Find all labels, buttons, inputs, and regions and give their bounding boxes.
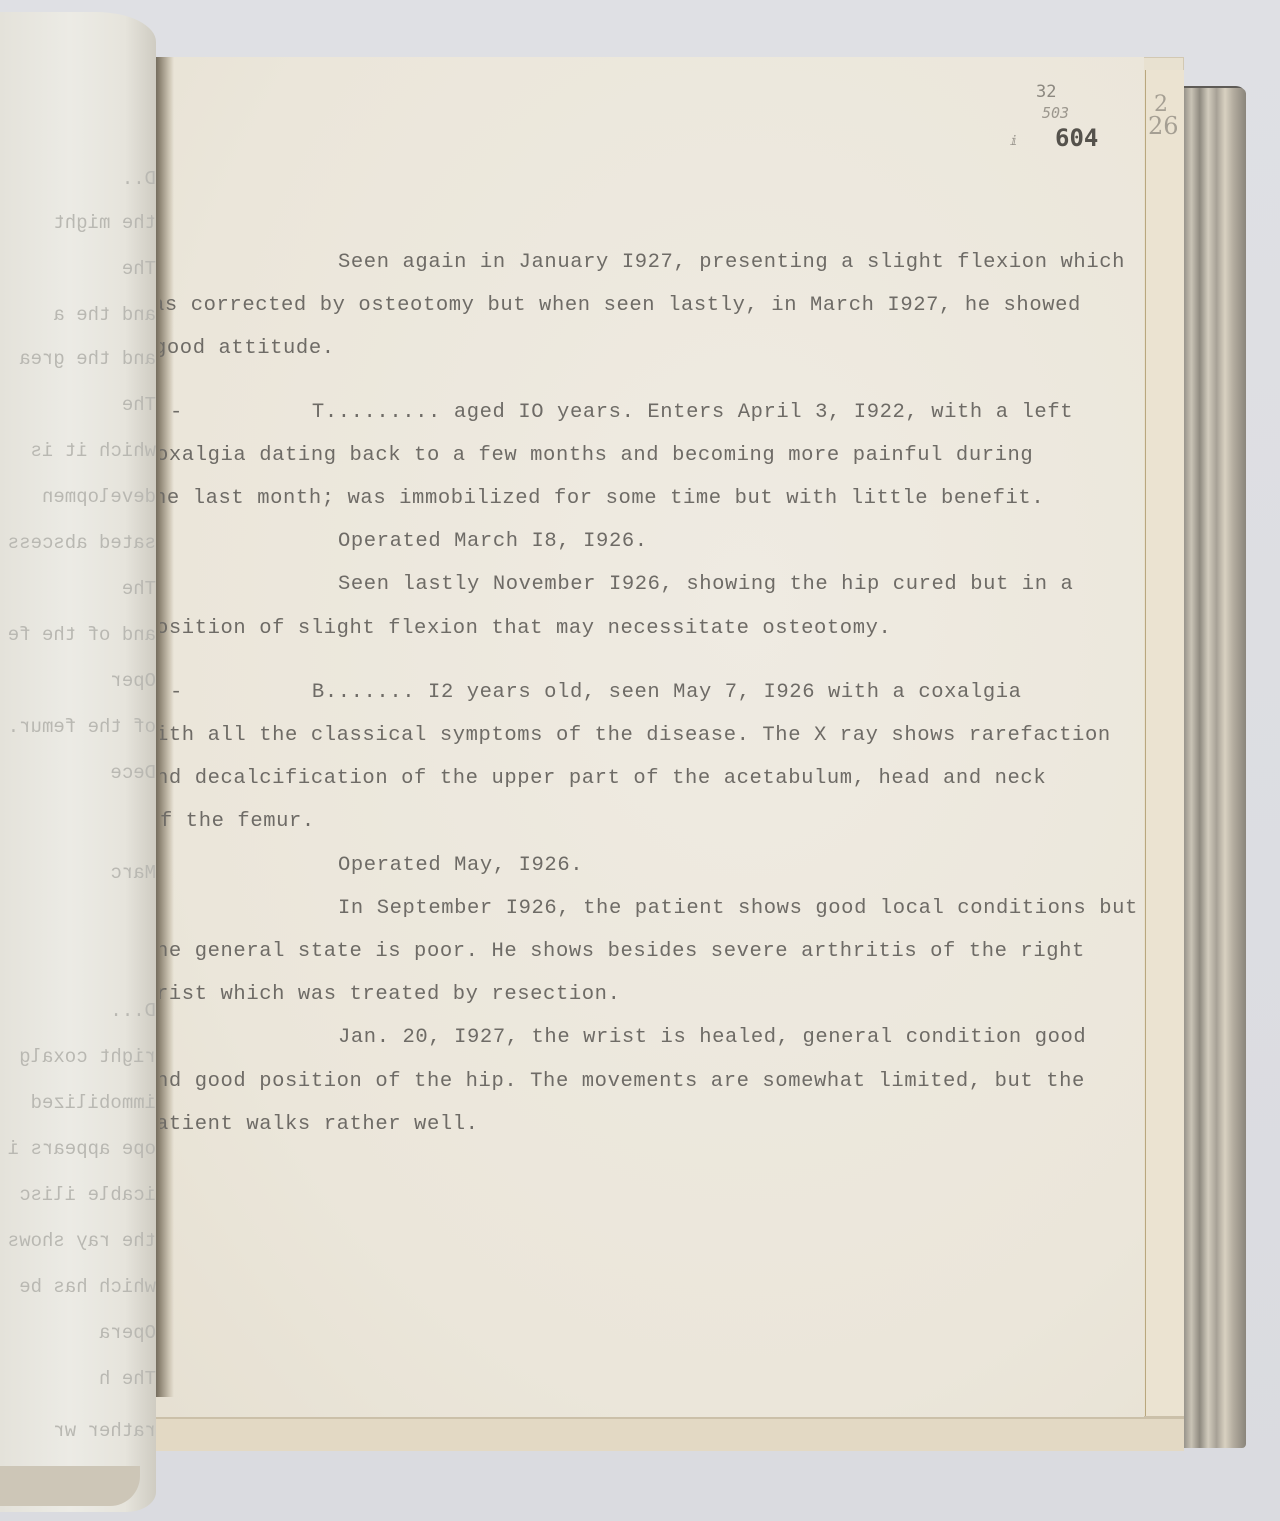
left-page-edge	[0, 1466, 140, 1506]
showthrough-line: The	[0, 578, 156, 600]
showthrough-line: of the femur.	[0, 716, 156, 738]
text-line: Seen lastly November I926, showing the h…	[338, 573, 1073, 596]
showthrough-line: the ray shows	[0, 1230, 156, 1252]
text-line: as corrected by osteotomy but when seen …	[160, 294, 1081, 317]
text-line: In September I926, the patient shows goo…	[338, 897, 1138, 920]
showthrough-line: ope appears i	[0, 1138, 156, 1160]
showthrough-line: icable ilisc	[0, 1184, 156, 1206]
book-page-edges	[1176, 88, 1246, 1448]
text-line: - B....... I2 years old, seen May 7, I92…	[170, 681, 1022, 704]
text-line: he last month; was immobilized for some …	[160, 487, 1044, 510]
text-line: osition of slight flexion that may neces…	[160, 617, 891, 640]
text-line: rist which was treated by resection.	[160, 983, 620, 1006]
text-line: oxalgia dating back to a few months and …	[160, 444, 1033, 467]
text-line: nd good position of the hip. The movemen…	[160, 1070, 1085, 1093]
showthrough-line: and of the fe	[0, 624, 156, 646]
text-line: atient walks rather well.	[160, 1113, 479, 1136]
showthrough-line: right coxalg	[0, 1046, 156, 1068]
showthrough-line: The	[0, 394, 156, 416]
showthrough-line: developmen	[0, 486, 156, 508]
showthrough-line: and the grea	[0, 348, 156, 370]
showthrough-line: the might	[0, 212, 156, 234]
text-line: he general state is poor. He shows besid…	[160, 940, 1085, 963]
mount-right-margin: 2 26	[1145, 70, 1184, 1425]
showthrough-line: Opera	[0, 1322, 156, 1344]
showthrough-line: Marc	[0, 862, 156, 884]
showthrough-line: Dece	[0, 762, 156, 784]
text-line: Jan. 20, I927, the wrist is healed, gene…	[338, 1026, 1086, 1049]
text-line: f the femur.	[160, 810, 315, 833]
showthrough-line: D..	[0, 168, 156, 190]
text-line: nd decalcification of the upper part of …	[160, 767, 1046, 790]
showthrough-line: rather wr	[0, 1420, 156, 1442]
text-line: ith all the classical symptoms of the di…	[160, 724, 1111, 747]
showthrough-line: which it is	[0, 440, 156, 462]
mount-bottom-margin	[150, 1416, 1184, 1451]
showthrough-line: D...	[0, 1000, 156, 1022]
showthrough-line: The	[0, 258, 156, 280]
document-body: Seen again in January I927, presenting a…	[160, 57, 1150, 1417]
showthrough-line: and the a	[0, 304, 156, 326]
text-line: Operated March I8, I926.	[338, 530, 648, 553]
showthrough-line: Oper	[0, 670, 156, 692]
text-line: Operated May, I926.	[338, 854, 583, 877]
edge-number: 26	[1148, 112, 1179, 140]
text-line: good attitude.	[160, 337, 335, 360]
showthrough-line: immobilized	[0, 1092, 156, 1114]
text-line: Seen again in January I927, presenting a…	[338, 251, 1125, 274]
showthrough-line: which has be	[0, 1276, 156, 1298]
showthrough-line: sated abscess	[0, 532, 156, 554]
text-line: - T......... aged IO years. Enters April…	[170, 401, 1073, 424]
showthrough-line: The h	[0, 1368, 156, 1390]
